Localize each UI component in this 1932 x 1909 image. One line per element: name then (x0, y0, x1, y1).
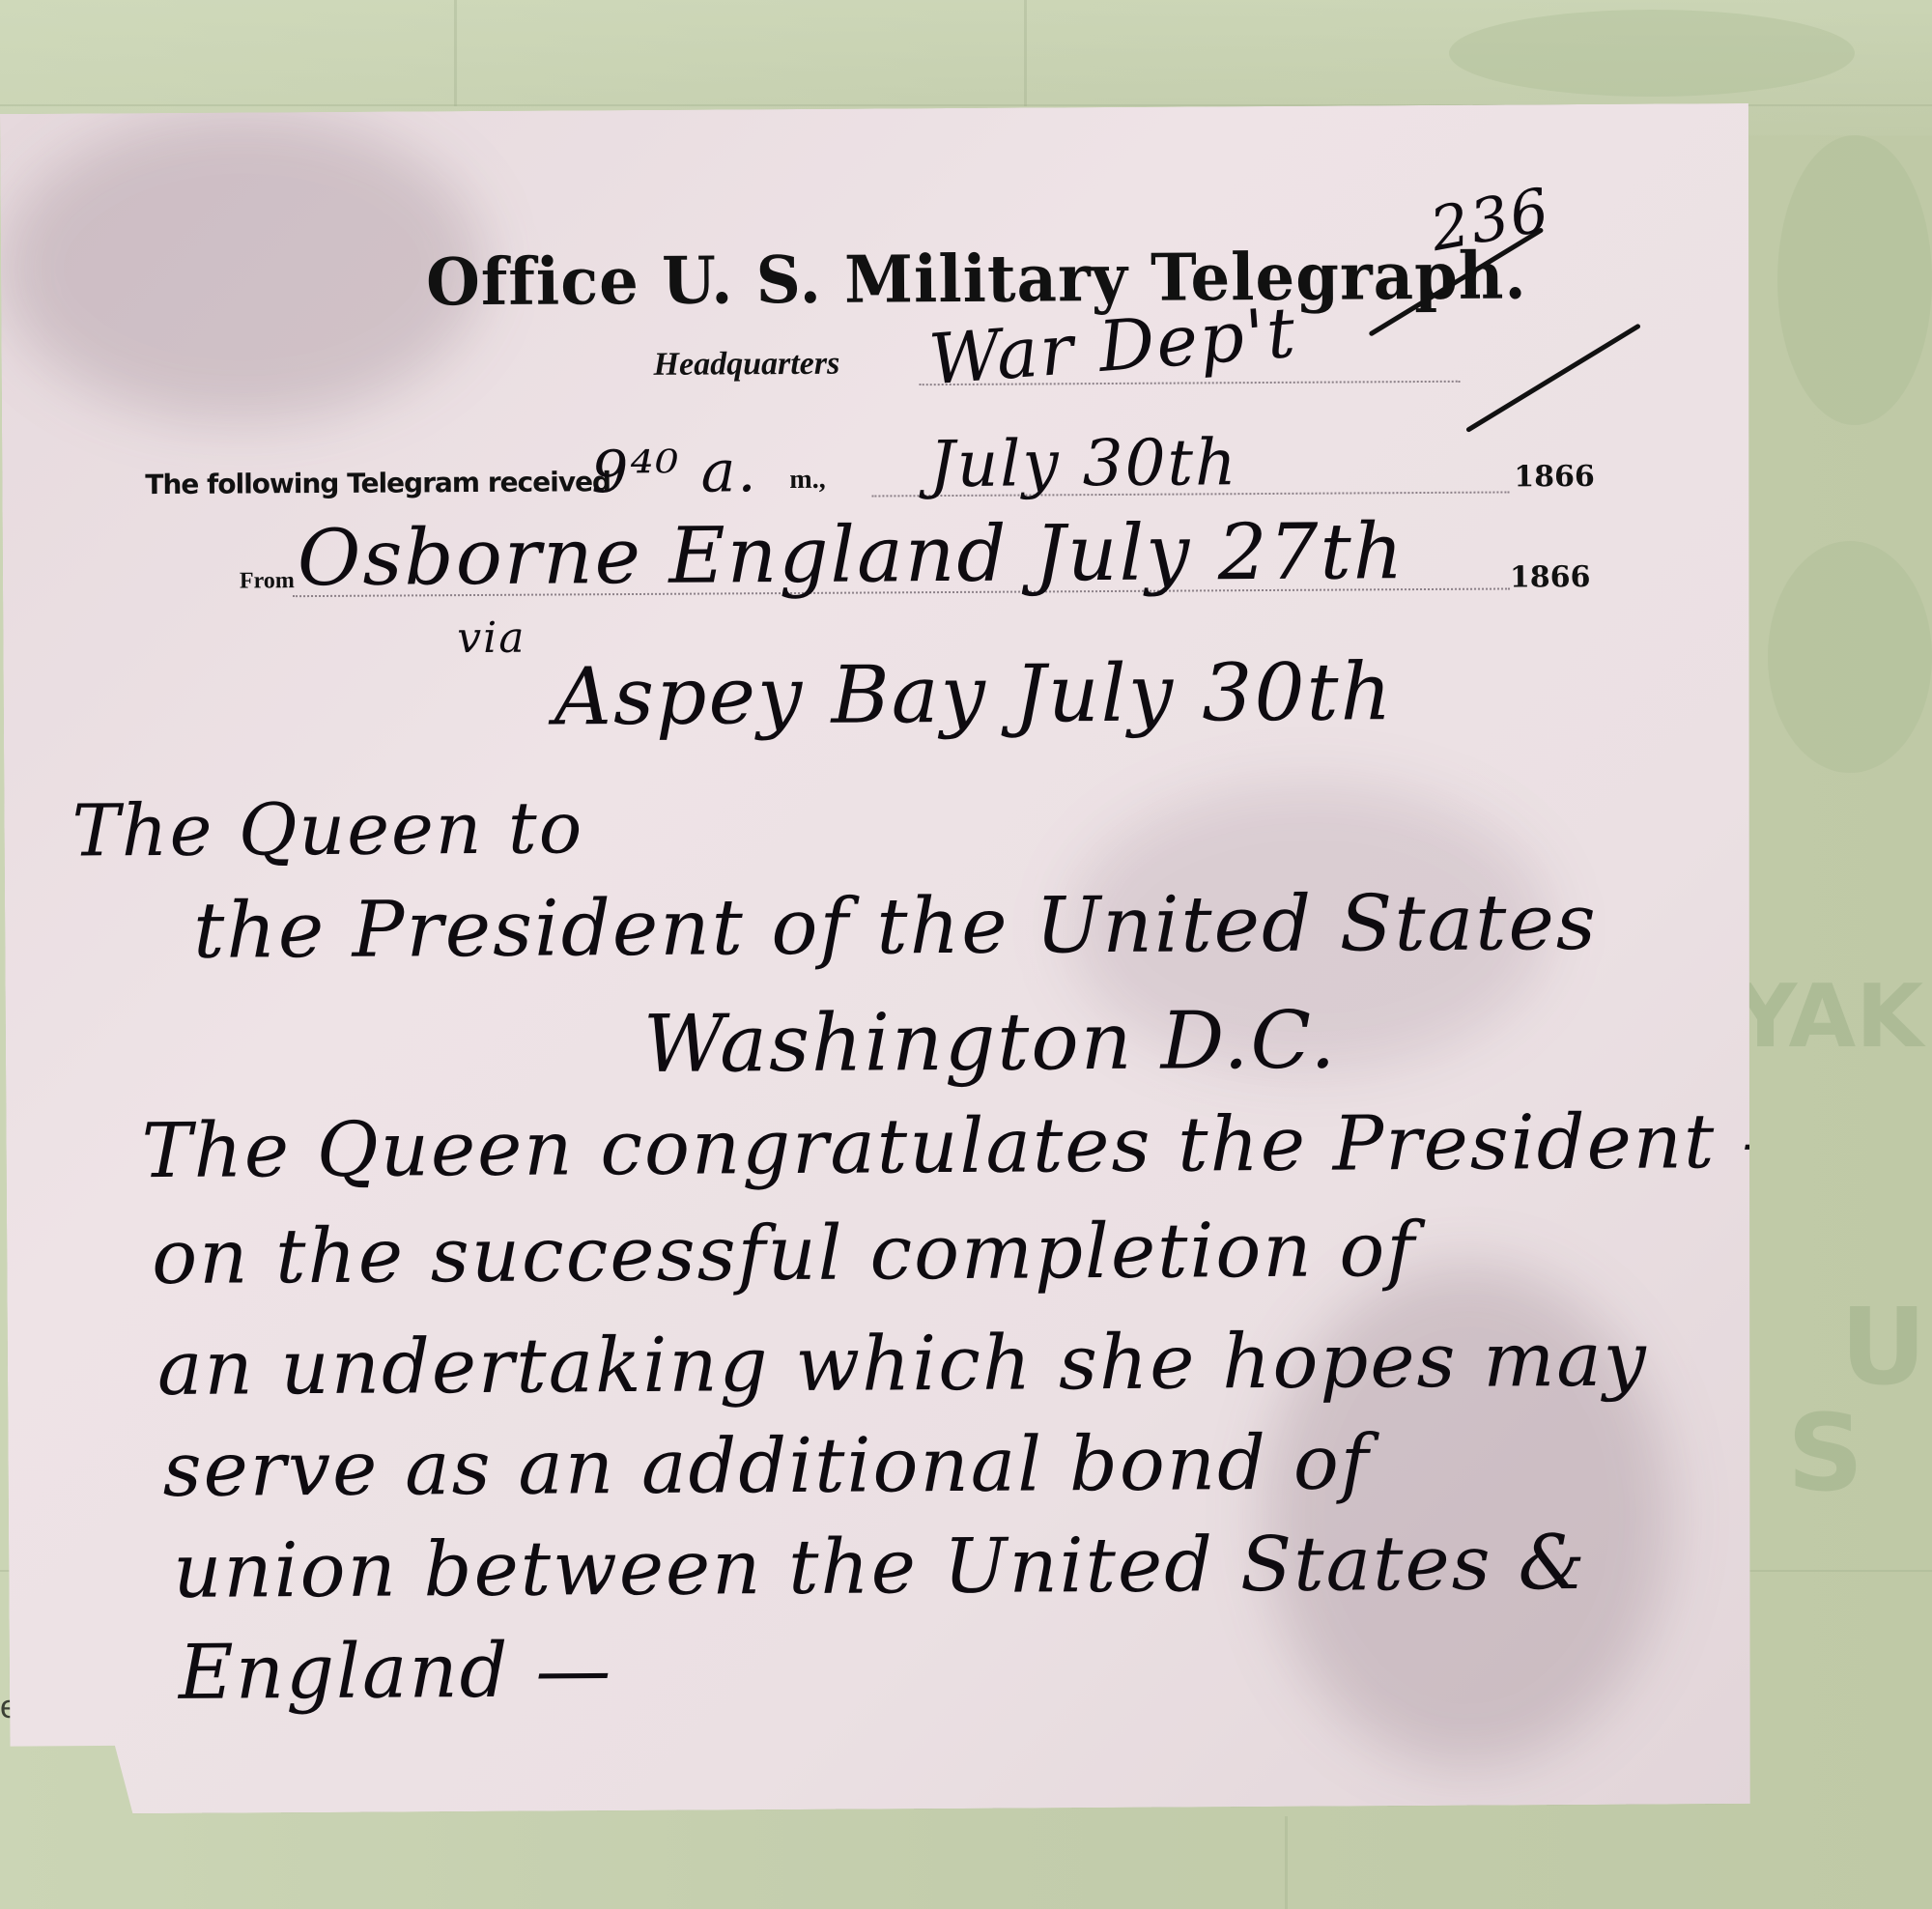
received-meridiem: m., (789, 465, 826, 496)
wall-letters: U (1840, 1285, 1926, 1409)
wall-ornament (1777, 135, 1932, 425)
office-title: Office U. S. Military Telegraph. (426, 238, 1527, 321)
telegram-sheet: 236 Office U. S. Military Telegraph. Hea… (0, 103, 1759, 1814)
address-to: the President of the United States (193, 877, 1598, 976)
headquarters-label: Headquarters (653, 346, 839, 384)
via-label: via (457, 613, 526, 663)
wall-panel-line (1024, 0, 1027, 106)
received-time: 9⁴⁰ a. (591, 438, 758, 506)
body-line: on the successful completion of (152, 1207, 1417, 1301)
via-value: Aspey Bay July 30th (554, 646, 1393, 743)
wall-letters: S (1787, 1391, 1863, 1515)
from-year: 1866 (1510, 560, 1591, 595)
wall-panel-line (1285, 1816, 1288, 1909)
address-from: The Queen to (71, 786, 583, 872)
address-place: Washington D.C. (643, 995, 1338, 1091)
wall-letters: YAK (1734, 966, 1923, 1068)
from-label: From (240, 568, 295, 594)
paper-stain (0, 111, 485, 423)
wall-ornament (1768, 541, 1932, 773)
from-origin: Osborne England July 27th (298, 506, 1406, 603)
wall-ornament (1449, 10, 1855, 97)
received-label: The following Telegram received (145, 466, 611, 500)
body-line: an undertaking which she hopes may (157, 1317, 1648, 1412)
received-date: July 30th (929, 425, 1238, 501)
body-line: The Queen congratulates the President — (141, 1098, 1819, 1196)
body-line: union between the United States & (173, 1520, 1587, 1615)
file-number-slash (1465, 323, 1641, 433)
body-line: England — (179, 1627, 613, 1717)
wall-panel-line (454, 0, 457, 106)
body-line: serve as an additional bond of (162, 1419, 1371, 1514)
received-year: 1866 (1514, 460, 1595, 495)
